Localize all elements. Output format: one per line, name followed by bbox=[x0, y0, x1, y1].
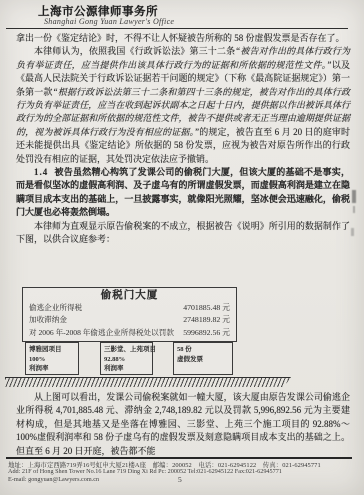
building-row: 加收滞纳金 2748189.82 元 bbox=[23, 314, 236, 326]
pillar-boyayuan-project: 博雅园项目 100% 利润率 bbox=[25, 342, 79, 375]
pillar-line: 58 份 bbox=[177, 345, 229, 355]
margin-annotation-mark bbox=[351, 228, 354, 236]
margin-annotation-mark bbox=[353, 206, 355, 213]
letterhead-divider bbox=[6, 28, 348, 29]
pillar-line: 虚假发票 bbox=[177, 355, 229, 365]
pillar-line: 92.88% bbox=[104, 355, 149, 365]
building-row-label: 加收滞纳金 bbox=[29, 314, 67, 326]
building-row-value: 2748189.82 元 bbox=[183, 314, 230, 326]
pillar-line: 三影堂、上苑项目 bbox=[104, 345, 149, 355]
building-box: 偷税门大厦 偷逃企业所得税 4701885.48 元 加收滞纳金 2748189… bbox=[22, 287, 237, 342]
page-number: 5 bbox=[178, 475, 182, 484]
building-row: 对 2006 年-2008 年偷逃企业所得税处以罚款 5996892.56 元 bbox=[23, 327, 236, 339]
body-text-block: 拿出一份《鉴定结论》时，不得不让人怀疑被告所称的 58 份虚假发票是否存在了。 … bbox=[16, 32, 350, 247]
building-row: 偷逃企业所得税 4701885.48 元 bbox=[23, 302, 236, 314]
paragraph2-lead: 本律师认为，依照我国《行政诉讼法》第三十二条 bbox=[34, 46, 235, 56]
ground-hatching bbox=[5, 377, 291, 387]
margin-annotation-mark bbox=[352, 190, 356, 203]
paragraph3-text: 被告虽然精心构筑了发课公司的偷税门大厦，但该大厦的基础不是事实，而是看似坚冰的虚… bbox=[16, 167, 350, 217]
body-paragraph-5: 从上图可以看出，发课公司偷税案就如一幢大厦，该大厦由原告发课公司偷逃企业所得税 … bbox=[16, 391, 350, 458]
margin-annotation bbox=[351, 188, 357, 238]
section-number: 1.4 bbox=[34, 167, 48, 177]
firm-name-english: Shanghai Gong Yuan Lawyer's Office bbox=[44, 17, 174, 26]
body-paragraph-1: 拿出一份《鉴定结论》时，不得不让人怀疑被告所称的 58 份虚假发票是否存在了。 bbox=[16, 32, 350, 45]
building-row-label: 偷逃企业所得税 bbox=[29, 302, 82, 314]
pillar-line: 博雅园项目 bbox=[29, 345, 75, 355]
body-paragraph-3: 1.4被告虽然精心构筑了发课公司的偷税门大厦，但该大厦的基础不是事实，而是看似坚… bbox=[16, 166, 350, 220]
body-paragraph-4: 本律师为直观显示原告偷税案的不成立，根据被告《说明》所引用的数据制作了下图，以供… bbox=[16, 220, 350, 247]
footer-email: E-mail: gongyuan@Lawyers.com.cn bbox=[8, 476, 99, 483]
pillar-sanyingtang-shangyuan-project: 三影堂、上苑项目 92.88% 利润率 bbox=[100, 342, 153, 375]
body-text-block-lower: 从上图可以看出，发课公司偷税案就如一幢大厦，该大厦由原告发课公司偷逃企业所得税 … bbox=[16, 391, 350, 458]
pillar-line: 利润率 bbox=[104, 364, 149, 374]
building-row-value: 4701885.48 元 bbox=[183, 302, 230, 314]
footer-address-english: Add: 21F of Hong Shen Tower No.16 Lane 7… bbox=[8, 468, 358, 475]
pillar-fake-invoices: 58 份 虚假发票 bbox=[173, 342, 233, 375]
body-paragraph-2: 本律师认为，依照我国《行政诉讼法》第三十二条“被告对作出的具体行政行为负有举证责… bbox=[16, 45, 350, 166]
pillar-line: 100% bbox=[29, 355, 75, 365]
building-title: 偷税门大厦 bbox=[23, 289, 236, 302]
footer-divider bbox=[6, 457, 352, 459]
building-row-value: 5996892.56 元 bbox=[183, 327, 230, 339]
building-row-label: 对 2006 年-2008 年偷逃企业所得税处以罚款 bbox=[29, 327, 174, 339]
pillar-line: 利润率 bbox=[29, 364, 75, 374]
document-page: 上海市公源律师事务所 Shanghai Gong Yuan Lawyer's O… bbox=[0, 0, 364, 495]
